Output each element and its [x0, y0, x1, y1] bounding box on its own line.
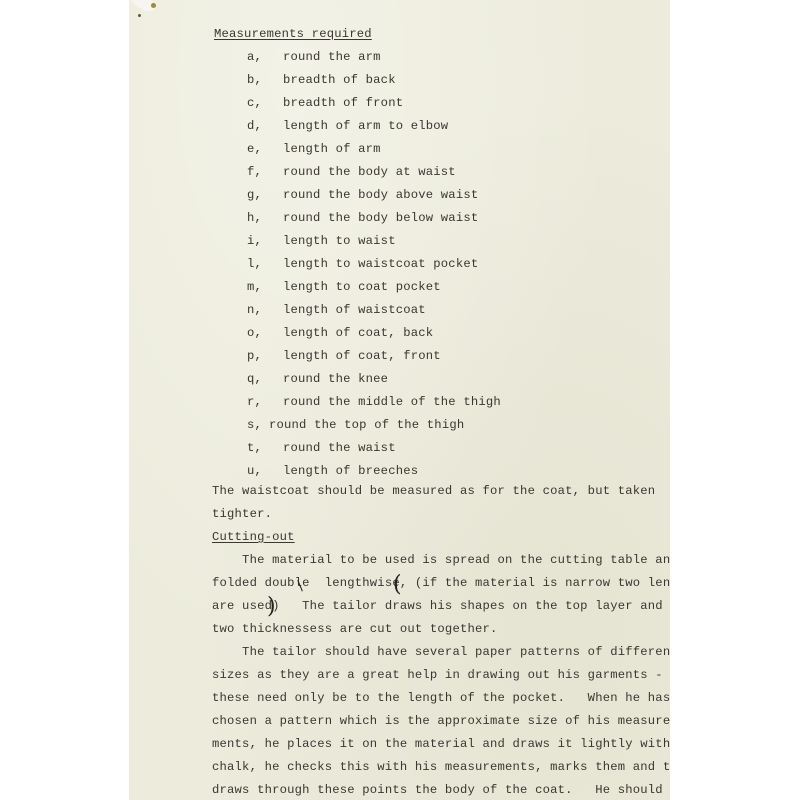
measurement-letter: g, [247, 188, 262, 202]
measurement-text: round the body at waist [283, 165, 456, 179]
handwritten-close-paren: ) [267, 594, 276, 619]
measurement-letter: u, [247, 464, 262, 478]
measurement-text: round the waist [283, 441, 396, 455]
measurement-letter: b, [247, 73, 262, 87]
measurement-letter: a, [247, 50, 262, 64]
measurement-text: breadth of front [283, 96, 403, 110]
paragraph-line: draws through these points the body of t… [212, 783, 663, 797]
measurement-text: length of arm [283, 142, 381, 156]
handwritten-open-paren: ( [393, 572, 402, 597]
document-page: 35 Measurements required a,round the arm… [129, 0, 670, 800]
paragraph-line: these need only be to the length of the … [212, 691, 670, 705]
measurement-text: breadth of back [283, 73, 396, 87]
measurement-letter: s, [247, 418, 262, 432]
paragraph-line: folded double lengthwise, (if the materi… [212, 576, 670, 590]
staple-dot [151, 3, 156, 8]
paragraph-line: two thicknessess are cut out together. [212, 622, 498, 636]
measurement-text: length to waist [283, 234, 396, 248]
measurement-letter: q, [247, 372, 262, 386]
measurement-letter: i, [247, 234, 262, 248]
measurement-letter: t, [247, 441, 262, 455]
measurement-letter: o, [247, 326, 262, 340]
measurement-text: length of breeches [283, 464, 418, 478]
measurement-letter: h, [247, 211, 262, 225]
paragraph-line: sizes as they are a great help in drawin… [212, 668, 663, 682]
measurement-letter: r, [247, 395, 262, 409]
measurements-heading: Measurements required [214, 27, 372, 41]
measurement-text: round the arm [283, 50, 381, 64]
measurement-text: round the top of the thigh [269, 418, 464, 432]
measurement-text: round the body below waist [283, 211, 478, 225]
measurement-text: round the body above waist [283, 188, 478, 202]
measurement-text: length of coat, back [283, 326, 433, 340]
measurement-letter: m, [247, 280, 262, 294]
measurement-text: length of coat, front [283, 349, 441, 363]
measurement-text: length of waistcoat [283, 303, 426, 317]
measurement-letter: n, [247, 303, 262, 317]
note-line: tighter. [212, 507, 272, 521]
paragraph-line: ments, he places it on the material and … [212, 737, 670, 751]
measurement-letter: e, [247, 142, 262, 156]
paragraph-line: The tailor should have several paper pat… [212, 645, 670, 659]
paragraph-line: The material to be used is spread on the… [212, 553, 670, 567]
measurement-text: length of arm to elbow [283, 119, 448, 133]
measurement-text: length to waistcoat pocket [283, 257, 478, 271]
measurement-letter: l, [247, 257, 262, 271]
measurement-letter: p, [247, 349, 262, 363]
measurement-letter: d, [247, 119, 262, 133]
paragraph-line: chosen a pattern which is the approximat… [212, 714, 670, 728]
measurement-letter: f, [247, 165, 262, 179]
paragraph-line: are used) The tailor draws his shapes on… [212, 599, 670, 613]
measurement-text: length to coat pocket [283, 280, 441, 294]
note-line: The waistcoat should be measured as for … [212, 484, 655, 498]
measurement-letter: c, [247, 96, 262, 110]
paragraph-line: chalk, he checks this with his measureme… [212, 760, 670, 774]
cutting-out-heading: Cutting-out [212, 530, 295, 544]
measurement-text: round the knee [283, 372, 388, 386]
measurement-text: round the middle of the thigh [283, 395, 501, 409]
staple-dot [138, 14, 141, 17]
